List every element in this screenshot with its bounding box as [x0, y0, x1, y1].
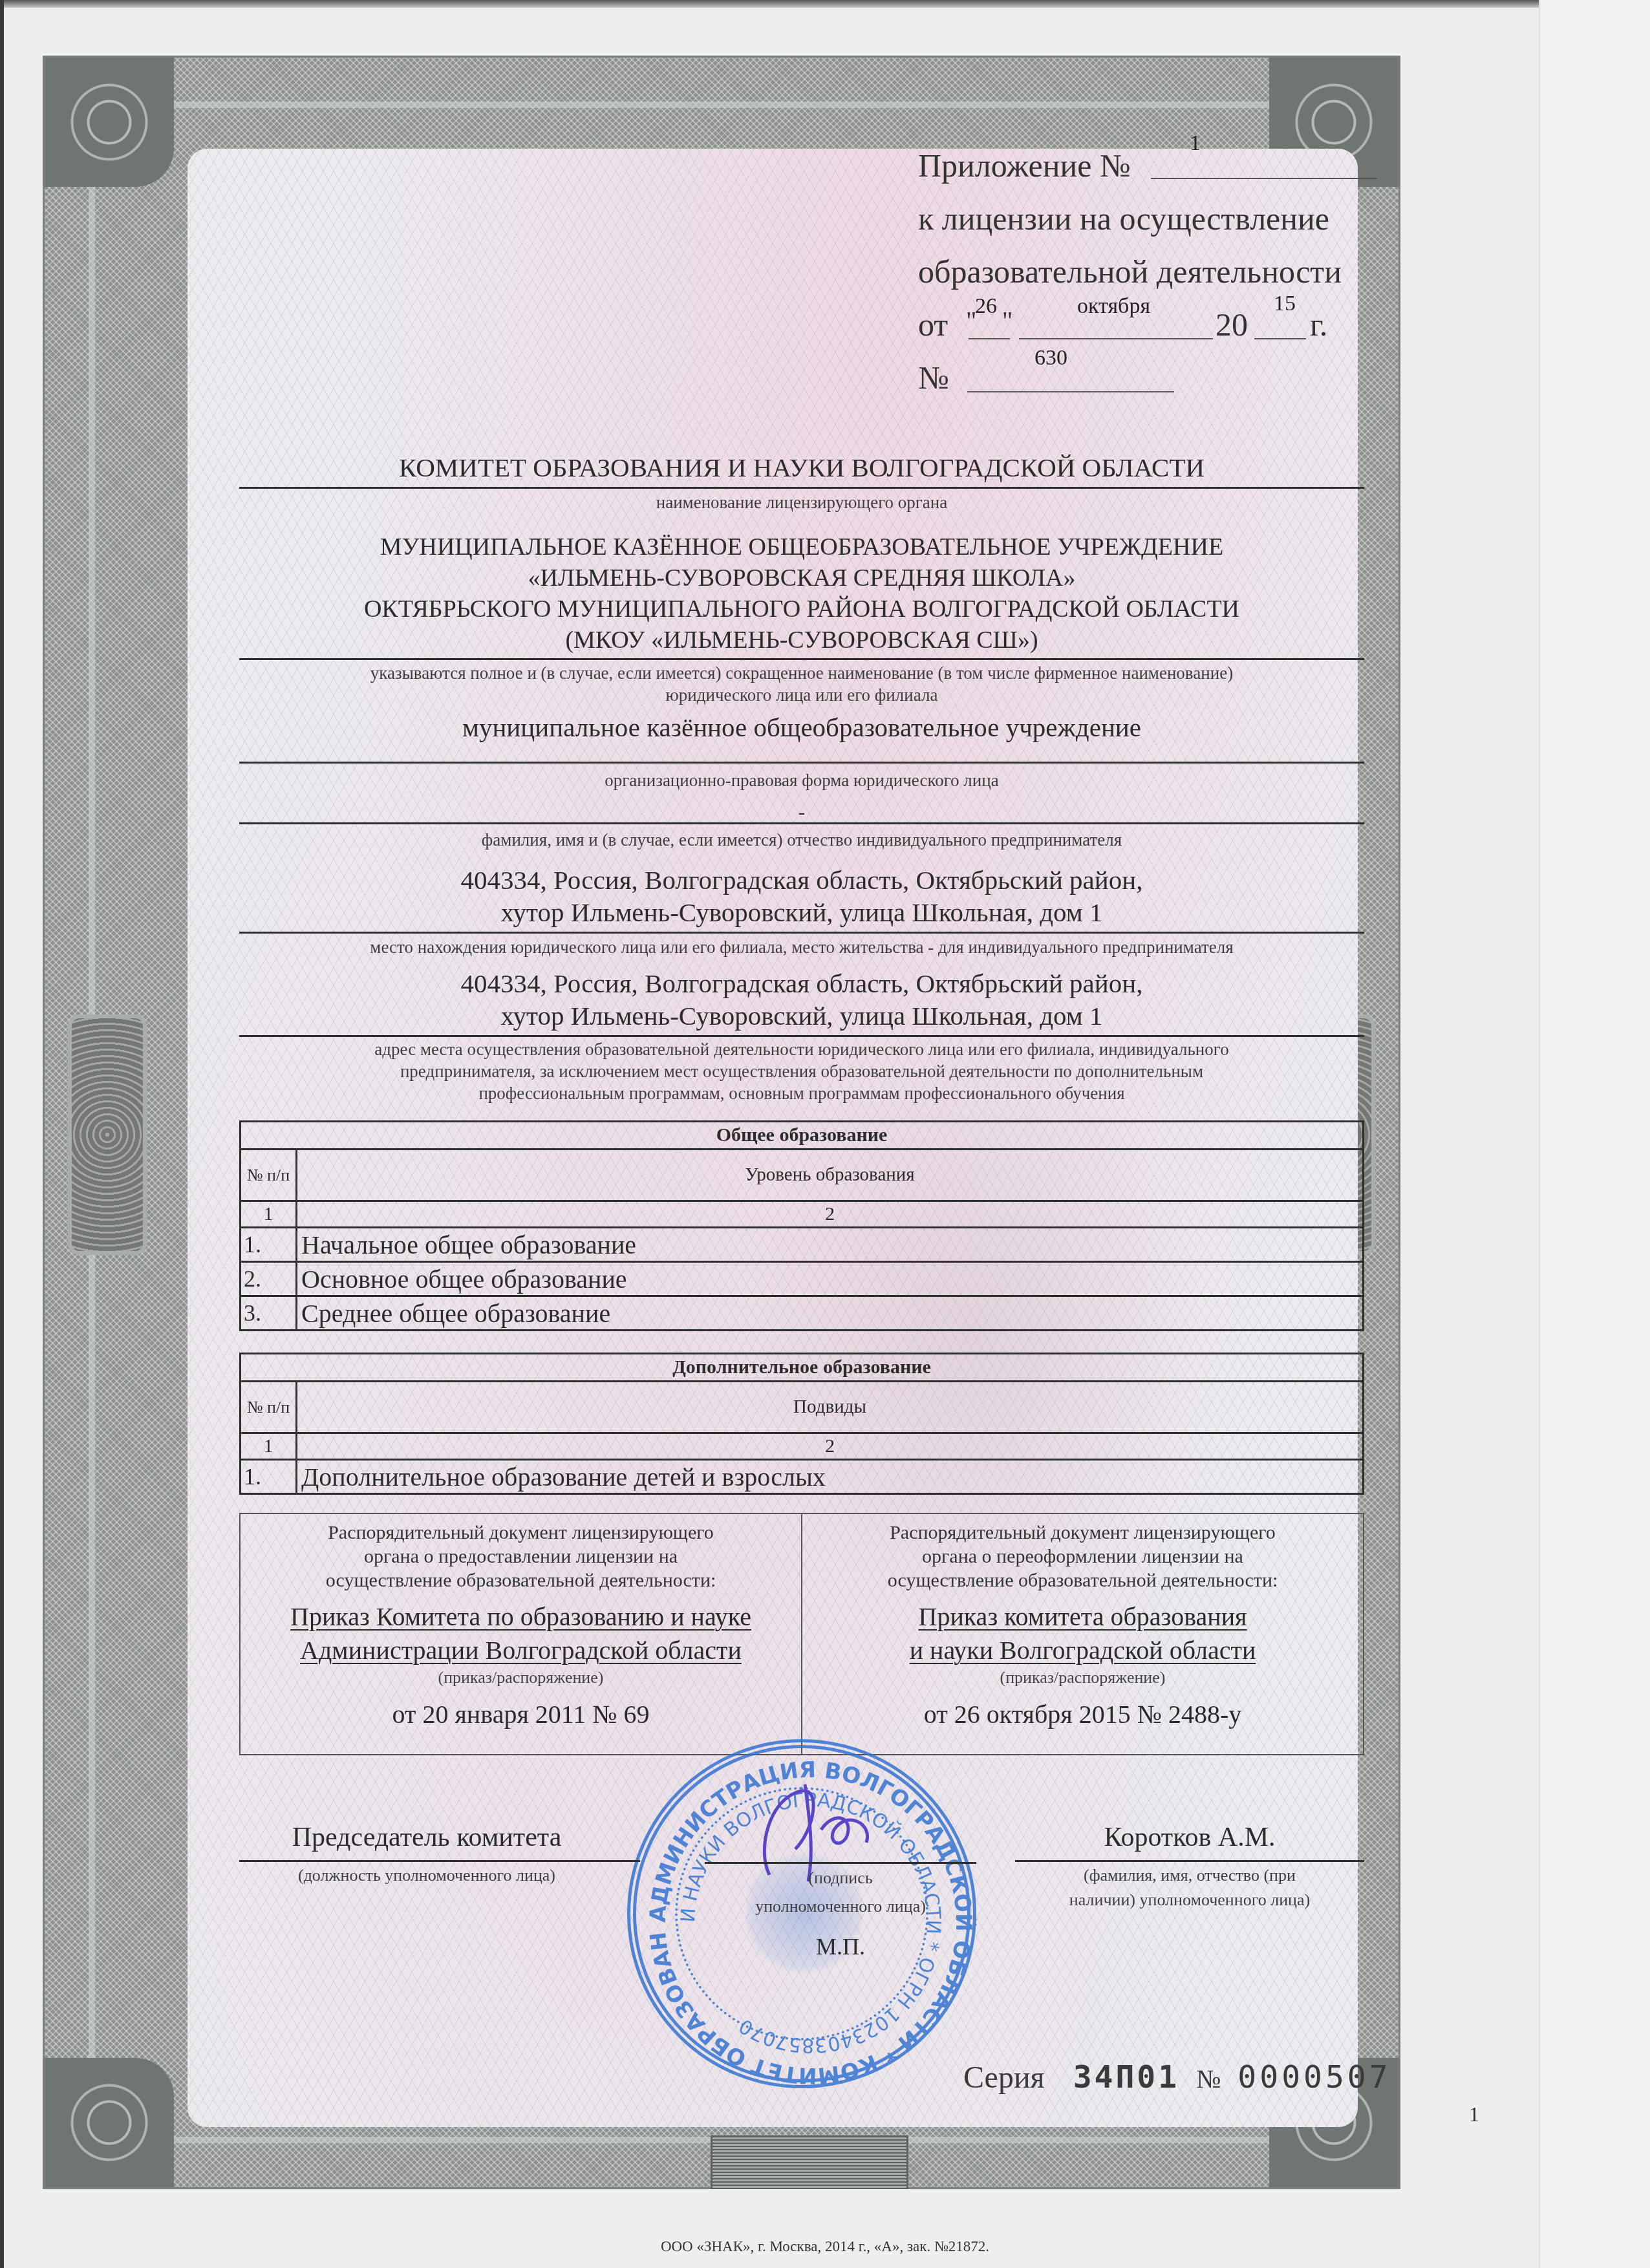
org-name-line-3: ОКТЯБРЬСКОГО МУНИЦИПАЛЬНОГО РАЙОНА ВОЛГО… — [239, 594, 1364, 625]
org-name-caption-2: юридического лица или его филиала — [239, 684, 1364, 706]
divider — [1015, 1860, 1364, 1862]
signature-line — [705, 1862, 976, 1864]
location-caption: место нахождения юридического лица или е… — [239, 936, 1364, 958]
scan-edge — [0, 0, 4, 2268]
col-index: 2 — [297, 1433, 1364, 1460]
table-row: 2. Основное общее образование — [241, 1262, 1364, 1296]
additional-education-table: Дополнительное образование № п/п Подвиды… — [239, 1353, 1364, 1495]
date-day: 26 — [975, 280, 997, 333]
table-title: Дополнительное образование — [241, 1354, 1364, 1382]
form-series: Серия34П01№0000507 — [963, 2059, 1391, 2095]
activity-address-caption-3: профессиональным программам, основным пр… — [239, 1082, 1364, 1104]
scan-margin — [1539, 0, 1650, 2268]
series-label: Серия — [963, 2060, 1045, 2095]
appendix-header: Приложение № 1 к лицензии на осуществлен… — [918, 139, 1384, 404]
bottom-ornament-icon — [711, 2135, 908, 2189]
fill-line — [1254, 338, 1306, 339]
doc-intro: органа о переоформлении лицензии на — [802, 1545, 1363, 1568]
doc-order: Приказ Комитета по образованию и науке — [290, 1602, 751, 1631]
name-caption-2: наличии) уполномоченного лица) — [1015, 1889, 1364, 1911]
doc-date: от 26 октября 2015 № 2488-у — [802, 1698, 1363, 1731]
activity-address-caption-1: адрес места осуществления образовательно… — [239, 1038, 1364, 1060]
signature-caption-1: (подпись — [731, 1867, 950, 1889]
appendix-label: Приложение № — [918, 147, 1131, 184]
corner-ornament-icon — [45, 58, 174, 187]
date-month: октября — [1077, 280, 1150, 333]
education-level: Среднее общее образование — [297, 1296, 1364, 1331]
seal-mark: М.П. — [731, 1933, 950, 1960]
licensing-body: КОМИТЕТ ОБРАЗОВАНИЯ И НАУКИ ВОЛГОГРАДСКО… — [239, 451, 1364, 484]
activity-address-caption-2: предпринимателя, за исключением мест осу… — [239, 1060, 1364, 1082]
name-caption-1: (фамилия, имя, отчество (при — [1015, 1865, 1364, 1887]
col-index: 1 — [241, 1433, 297, 1460]
doc-kind: (приказ/распоряжение) — [241, 1667, 801, 1688]
appendix-number: 1 — [1190, 117, 1201, 170]
position-caption: (должность уполномоченного лица) — [246, 1865, 608, 1887]
license-number-label: № — [918, 359, 949, 396]
fill-line — [1151, 178, 1377, 179]
col-header-number: № п/п — [241, 1382, 297, 1433]
row-number: 2. — [241, 1262, 297, 1296]
row-number: 3. — [241, 1296, 297, 1331]
location-line-1: 404334, Россия, Волгоградская область, О… — [239, 864, 1364, 896]
series-number: 0000507 — [1237, 2059, 1391, 2095]
col-index: 2 — [297, 1201, 1364, 1228]
signatory-position: Председатель комитета — [246, 1822, 608, 1853]
doc-kind: (приказ/распоряжение) — [802, 1667, 1363, 1688]
divider — [239, 822, 1364, 824]
entrepreneur-caption: фамилия, имя и (в случае, если имеется) … — [239, 829, 1364, 851]
signatory-name: Коротков А.М. — [1015, 1822, 1364, 1853]
doc-order: Приказ комитета образования — [919, 1602, 1247, 1631]
legal-form-caption: организационно-правовая форма юридическо… — [239, 769, 1364, 791]
corner-ornament-icon — [45, 2058, 174, 2187]
col-header-number: № п/п — [241, 1150, 297, 1201]
administrative-documents: Распорядительный документ лицензирующего… — [239, 1513, 1364, 1755]
activity-address-line-2: хутор Ильмень-Суворовский, улица Школьна… — [239, 1000, 1364, 1032]
col-index: 1 — [241, 1201, 297, 1228]
col-header-subtypes: Подвиды — [297, 1382, 1364, 1433]
doc-order: и науки Волгоградской области — [910, 1636, 1256, 1665]
doc-intro: Распорядительный документ лицензирующего — [241, 1521, 801, 1545]
page-number: 1 — [1469, 2102, 1479, 2126]
activity-address-line-1: 404334, Россия, Волгоградская область, О… — [239, 967, 1364, 1000]
scan-edge — [0, 0, 1650, 8]
series-number-label: № — [1196, 2064, 1221, 2093]
doc-intro: Распорядительный документ лицензирующего — [802, 1521, 1363, 1545]
year-unit: г. — [1310, 298, 1327, 351]
org-name-caption-1: указываются полное и (в случае, если име… — [239, 662, 1364, 684]
printer-note: ООО «ЗНАК», г. Москва, 2014 г., «А», зак… — [0, 2238, 1650, 2255]
date-prefix: от — [918, 306, 948, 343]
doc-intro: органа о предоставлении лицензии на — [241, 1545, 801, 1568]
row-number: 1. — [241, 1460, 297, 1494]
table-row: 1. Начальное общее образование — [241, 1228, 1364, 1262]
side-ornament-icon — [68, 1014, 147, 1255]
doc-intro: осуществление образовательной деятельнос… — [802, 1568, 1363, 1592]
license-number: 630 — [1034, 332, 1067, 385]
grant-document: Распорядительный документ лицензирующего… — [241, 1514, 801, 1754]
org-name-line-1: МУНИЦИПАЛЬНОЕ КАЗЁННОЕ ОБЩЕОБРАЗОВАТЕЛЬН… — [239, 531, 1364, 562]
signature-caption-2: уполномоченного лица) — [731, 1896, 950, 1918]
divider — [239, 762, 1364, 764]
divider — [239, 1860, 640, 1862]
fill-line — [967, 391, 1174, 392]
table-row: 1. Дополнительное образование детей и вз… — [241, 1460, 1364, 1494]
year-suffix: 15 — [1274, 277, 1296, 330]
fill-line — [969, 338, 1010, 339]
legal-form: муниципальное казённое общеобразовательн… — [239, 711, 1364, 744]
general-education-table: Общее образование № п/п Уровень образова… — [239, 1120, 1364, 1331]
table-row: 3. Среднее общее образование — [241, 1296, 1364, 1331]
divider — [239, 932, 1364, 934]
table-title: Общее образование — [241, 1122, 1364, 1150]
divider — [239, 1035, 1364, 1037]
row-number: 1. — [241, 1228, 297, 1262]
education-level: Основное общее образование — [297, 1262, 1364, 1296]
location-line-2: хутор Ильмень-Суворовский, улица Школьна… — [239, 896, 1364, 928]
divider — [239, 658, 1364, 660]
reissue-document: Распорядительный документ лицензирующего… — [801, 1514, 1363, 1754]
licensing-body-caption: наименование лицензирующего органа — [239, 491, 1364, 513]
education-level: Начальное общее образование — [297, 1228, 1364, 1262]
doc-order: Администрации Волгоградской области — [300, 1636, 742, 1665]
series-code: 34П01 — [1073, 2059, 1180, 2095]
doc-date: от 20 января 2011 № 69 — [241, 1698, 801, 1731]
education-subtype: Дополнительное образование детей и взрос… — [297, 1460, 1364, 1494]
year-prefix: 20 — [1216, 298, 1248, 351]
org-name-line-2: «ИЛЬМЕНЬ-СУВОРОВСКАЯ СРЕДНЯЯ ШКОЛА» — [239, 562, 1364, 594]
col-header-level: Уровень образования — [297, 1150, 1364, 1201]
org-name-line-4: (МКОУ «ИЛЬМЕНЬ-СУВОРОВСКАЯ СШ») — [239, 625, 1364, 656]
doc-intro: осуществление образовательной деятельнос… — [241, 1568, 801, 1592]
divider — [239, 487, 1364, 489]
appendix-line-2: к лицензии на осуществление — [918, 192, 1384, 245]
